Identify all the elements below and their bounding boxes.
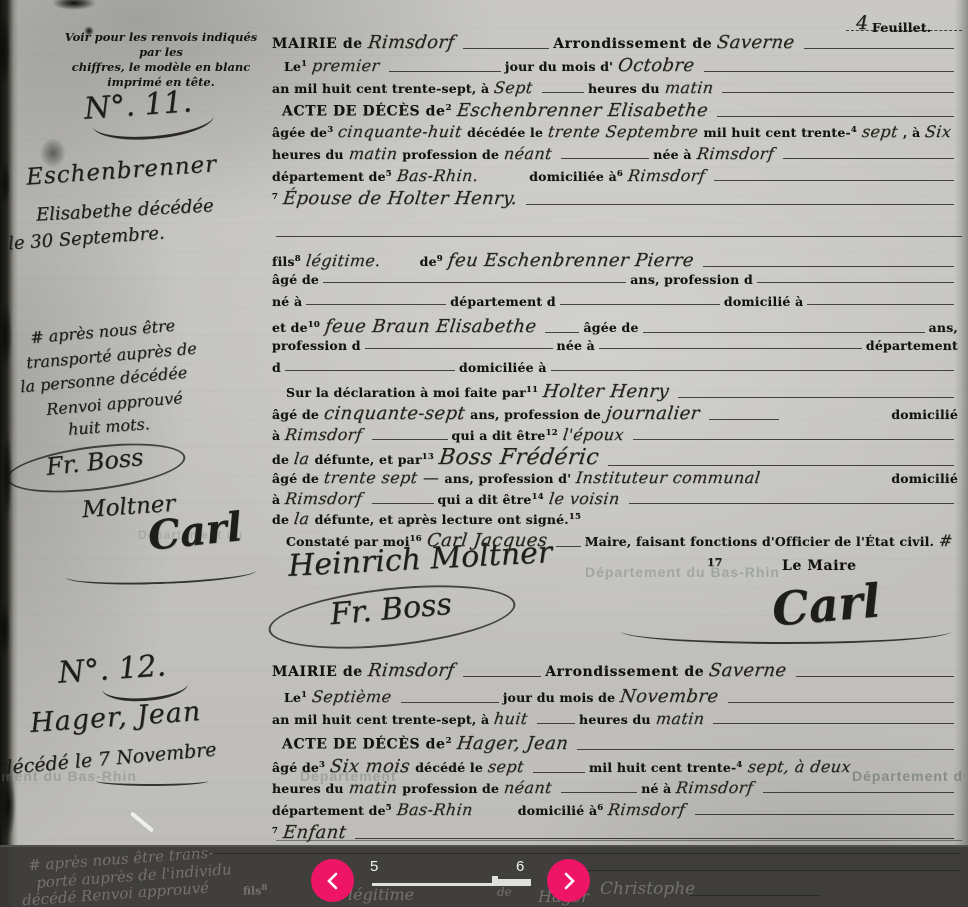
footnote-ref: 12 [546,428,558,438]
ghost-handwriting: légitime [348,885,414,904]
rule-line [355,838,954,839]
handwritten-entry: la [293,509,311,528]
rule-line [545,332,579,333]
printed-label: âgé de [272,272,319,287]
handwritten-entry: Bas-Rhin [396,800,474,819]
handwritten-entry: Septième [311,687,393,706]
rule-line [713,723,954,724]
rule-line [695,814,954,815]
printed-label: Sur la déclaration à moi faite par [286,385,526,400]
act2-line-year: an mil huit cent trente-sept, à huit heu… [272,709,958,728]
rule-line [556,546,580,547]
footnote-ref: 13 [422,452,434,462]
handwritten-entry: Holter Henry [542,381,671,402]
handwritten-entry: Rimsdorf [627,166,707,185]
printed-label: âgée de [272,125,327,140]
footnote-ref: 3 [327,125,333,135]
rule-line [561,158,649,159]
printed-label: jour du mois de [503,690,615,705]
printed-label: an mil huit cent trente-sept, à [272,81,489,96]
rule-line [365,348,553,349]
footnote-ref: 9 [437,254,443,264]
printed-label: âgée de [583,320,638,335]
underline-flourish [96,776,208,786]
handwritten-entry: Hager, Jean [456,733,570,754]
printed-label: Arrondissement de [553,36,712,52]
footnote-ref: 6 [617,169,623,179]
handwritten-entry: Saverne [708,660,788,681]
printed-label: Arrondissement de [545,664,704,680]
printed-label: jour du mois d' [505,59,613,74]
handwritten-entry: Rimsdorf [695,144,775,163]
handwritten-entry: Rimsdorf [366,660,455,681]
rule-line [401,702,499,703]
footnote-ref: 6 [597,803,603,813]
handwritten-entry: Sept [493,78,534,97]
le-maire-label: Le Maire [782,558,857,574]
ghost-handwriting: de [497,885,512,899]
handwritten-entry: Rimsdorf [366,32,455,53]
printed-label: heures du [272,147,344,162]
page-slider-track[interactable] [372,883,493,886]
handwritten-entry: Six [924,122,953,141]
footnote-ref: 3 [319,760,325,770]
act1-line-decl2-age: âgé de trente sept — ans, profession d' … [272,468,958,487]
rule-line [804,48,954,49]
printed-label: ans, profession d [630,272,753,287]
ghost-handwriting: Christophe [600,879,695,899]
handwritten-entry: sept [861,122,899,141]
page-slider-progress[interactable] [498,879,531,886]
rule-line [608,465,954,466]
page-number-left: 5 [370,858,378,875]
printed-label: MAIRIE de [272,36,363,52]
printed-label: , à [903,125,920,140]
footnote-ref: 7 [272,826,278,836]
signature-flourish [66,561,257,588]
printed-label: décédé le [415,760,483,775]
footnote-ref: 2 [446,736,453,746]
printed-label: département d [450,294,556,309]
printed-label: ans, profession d' [445,471,572,486]
printed-label: d [272,360,281,375]
act1-line-departement: département de5 Bas-Rhin. domiciliée à6 … [272,166,958,185]
rule-line [722,92,954,93]
handwritten-entry: Rimsdorf [675,778,755,797]
printed-label: département de [272,803,386,818]
printed-label: heures du [588,81,660,96]
printed-label: âgé de [272,471,319,486]
handwritten-entry: Six mois [329,756,412,777]
rule-line [526,204,954,205]
printed-label: mil huit cent trente- [589,760,736,775]
printed-label: département [866,338,958,353]
act2-line-mairie: MAIRIE de Rimsdorf Arrondissement de Sav… [272,660,958,681]
rule-line [463,676,541,677]
act1-line-prof-mere: profession d née à département [272,338,958,353]
printed-label: département de [272,169,386,184]
handwritten-entry: matin [655,709,706,728]
ink-mark [52,0,96,10]
handwritten-entry: le voisin [548,489,621,508]
handwritten-entry: feu Eschenbrenner Pierre [447,250,695,271]
printed-label: heures du [272,781,344,796]
rule-line [306,304,446,305]
handwritten-entry: légitime. [305,251,382,270]
handwritten-entry: la [293,449,311,468]
footnote-ref: 7 [272,192,278,202]
ghost-rule [560,870,960,871]
binding-stain [0,160,10,206]
rule-line [577,749,954,750]
rule-line [323,282,626,283]
footnote-ref: 1 [301,59,307,69]
footnote-ref: 5 [386,169,392,179]
act1-line-year: an mil huit cent trente-sept, à Sept heu… [272,78,958,97]
printed-label: née à [653,147,691,162]
footnote-ref: 4 [736,760,742,770]
margin-annotation: Renvoi approuvé [45,388,183,419]
chevron-left-icon [325,871,341,891]
footnote-ref: 10 [308,320,320,330]
rule-line [389,71,501,72]
act1-line-fils: fils8 légitime. de9 feu Eschenbrenner Pi… [272,250,958,271]
previous-page-button[interactable] [311,859,354,902]
rule-line [633,439,954,440]
act1-line-lecture: de la défunte, et après lecture ont sign… [272,509,958,528]
handwritten-entry: Bas-Rhin. [396,166,480,185]
printed-label: Le [284,690,301,705]
act1-line-decl2-dom: à Rimsdorf qui a dit être14 le voisin [272,489,958,508]
footnote-ref: 17 [707,556,722,569]
ghost-printed-label: fils [243,885,261,898]
printed-label: de [272,452,289,467]
printed-label: domiciliée à [459,360,547,375]
footnote-ref: 2 [446,103,453,113]
act2-line-age: âgé de3 Six mois décédé le sept mil huit… [272,756,958,777]
footnote-ref: 5 [386,803,392,813]
act2-line-date: Le1 Septième jour du mois de Novembre [284,686,958,707]
handwritten-entry: Rimsdorf [284,425,364,444]
handwritten-entry: l'époux [562,425,625,444]
printed-label: défunte, et après lecture ont signé. [315,512,569,527]
rule-line [704,71,954,72]
rule-line [372,503,434,504]
printed-label: à [272,428,280,443]
printed-label: an mil huit cent trente-sept, à [272,712,489,727]
printed-label: profession d [272,338,361,353]
rule-line [599,348,862,349]
act1-line-ne-pere: né à département d domicilié à [272,294,958,309]
rule-line [276,840,962,841]
act1-line-heures: heures du matin profession de néant née … [272,144,958,163]
rule-line [714,180,954,181]
rule-line [783,158,954,159]
printed-label: domiciliée à [529,169,617,184]
printed-label: domicilié [891,471,958,486]
page-number-right: 6 [516,858,524,875]
printed-label: âgé de [272,407,319,422]
archive-viewer: Département du Bas-Rhin Département du B… [0,0,968,907]
rule-line [372,439,448,440]
handwritten-entry: néant [503,144,553,163]
printed-label: mil huit cent trente- [703,125,850,140]
printed-label: né à [272,294,302,309]
handwritten-entry: feue Braun Elisabethe [324,316,538,337]
margin-signature-carl: Carl [146,503,244,560]
footnote-ref: 8 [295,254,301,264]
handwritten-entry: Saverne [716,32,796,53]
rule-line [629,503,954,504]
printed-label: ans, profession de [470,407,601,422]
signature-flourish [620,618,952,644]
handwritten-entry: Instituteur communal [575,468,762,487]
handwritten-entry: Boss Frédéric [437,445,600,470]
blank-rule-line [276,236,962,237]
margin-deceased-name: Elisabethe décédée [36,195,215,225]
rule-line [551,370,954,371]
form-instruction-note: Voir pour les renvois indiqués par les c… [52,30,270,90]
act1-line-age: âgée de3 cinquante-huit décédée le trent… [272,122,958,141]
footnote-ref: 11 [526,385,538,395]
footnote-ref: 8 [261,883,267,893]
rule-line [703,266,954,267]
handwritten-entry: Épouse de Holter Henry. [282,188,519,209]
handwritten-entry: sept [487,757,525,776]
margin-annotation: huit mots. [67,414,150,439]
form-instruction-line: Voir pour les renvois indiqués par les [52,30,270,60]
pager-bar: # après nous être trans- porté auprès de… [0,845,968,907]
printed-label: Maire, faisant fonctions d'Officier de l… [585,534,934,549]
printed-label: âgé de [272,760,319,775]
printed-label: décédée le [467,125,543,140]
act1-line-acte: ACTE DE DÉCÈS de2 Eschenbrenner Elisabet… [282,100,958,121]
printed-label: profession de [402,781,499,796]
handwritten-entry: sept, à deux [746,757,851,776]
printed-label: qui a dit être [438,492,532,507]
printed-label: ans, [929,320,958,335]
act1-line-decl-dom: à Rimsdorf qui a dit être12 l'époux [272,425,958,444]
handwritten-entry: matin [348,778,399,797]
printed-label: défunte, et par [315,452,422,467]
rule-line [533,772,585,773]
handwritten-entry: matin [348,144,399,163]
handwritten-entry: Novembre [619,686,720,707]
rule-line [463,48,549,49]
act1-line-decl2: de la défunte, et par13 Boss Frédéric [272,445,958,470]
act1-line-epouse: 7 Épouse de Holter Henry. [272,188,958,209]
rule-line [796,676,954,677]
rule-line [285,370,455,371]
handwritten-entry: premier [311,56,381,75]
handwritten-entry: néant [503,778,553,797]
rule-line [537,723,575,724]
printed-label: née à [557,338,595,353]
paper-crease [130,811,154,832]
handwritten-entry: trente Septembre [547,122,700,141]
act1-line-dom-mere: d domiciliée à [272,360,958,375]
footnote-ref: 1 [301,690,307,700]
printed-label: ACTE DE DÉCÈS de [282,104,446,120]
footnote-ref: 14 [532,492,544,502]
rule-line [728,702,954,703]
margin-death-date: le 30 Septembre. [7,223,165,255]
margin-deceased-name: Hager, Jean [29,696,202,739]
printed-label: fils [272,254,295,269]
act1-line-mere: et de10 feue Braun Elisabethe âgée de an… [272,316,958,337]
act1-line-declaration: Sur la déclaration à moi faite par11 Hol… [286,381,958,402]
printed-label: domicilié à [724,294,804,309]
rule-line [560,304,720,305]
act2-line-acte: ACTE DE DÉCÈS de2 Hager, Jean [282,733,958,754]
handwritten-entry: trente sept — [323,468,441,487]
rule-line [678,397,954,398]
rule-line [807,304,954,305]
rule-line [846,30,962,31]
printed-label: Le [284,59,301,74]
handwritten-entry: huit [493,709,529,728]
rule-line [561,792,637,793]
rule-line [643,332,925,333]
printed-label: heures du [579,712,651,727]
printed-label: domicilié à [518,803,598,818]
ghost-rule [180,853,960,854]
printed-label: MAIRIE de [272,664,363,680]
act1-line-mairie: MAIRIE de Rimsdorf Arrondissement de Sav… [272,32,958,53]
handwritten-entry: journalier [605,403,701,424]
rule-line [717,116,954,117]
rule-line [709,419,779,420]
act1-line-age-pere: âgé de ans, profession d [272,272,958,287]
printed-label: profession de [402,147,499,162]
rule-line [763,792,954,793]
rule-line [542,92,584,93]
archive-watermark: Département du Bas-Rhin [585,564,815,580]
printed-label: né à [641,781,671,796]
footnote-ref: 15 [569,512,581,522]
handwritten-entry: Eschenbrenner Elisabethe [456,100,710,121]
chevron-right-icon [561,871,577,891]
printed-label: domicilié [891,407,958,422]
printed-label: à [272,492,280,507]
handwritten-entry: cinquante-sept [323,403,467,424]
ghost-printed-label: fils8 [243,883,267,898]
ghost-rule [690,895,820,896]
act1-line-date: Le1 premier jour du mois d' Octobre [284,55,958,76]
handwritten-entry: Octobre [617,55,696,76]
printed-label: de [420,254,437,269]
printed-label: et de [272,320,308,335]
printed-label: ACTE DE DÉCÈS de [282,737,446,753]
act1-line-decl-age: âgé de cinquante-sept ans, profession de… [272,403,958,424]
printed-label: de [272,512,289,527]
act2-line-departement: département de5 Bas-Rhin domicilié à6 Ri… [272,800,958,819]
handwritten-entry: cinquante-huit [337,122,463,141]
handwritten-entry: Rimsdorf [284,489,364,508]
act2-line-heures: heures du matin profession de néant né à… [272,778,958,797]
rule-line [757,282,954,283]
handwritten-entry: matin [663,78,714,97]
printed-label: qui a dit être [452,428,546,443]
handwritten-entry: Rimsdorf [607,800,687,819]
handwritten-mark: # [938,531,954,550]
footnote-ref: 4 [851,125,857,135]
next-page-button[interactable] [547,859,590,902]
